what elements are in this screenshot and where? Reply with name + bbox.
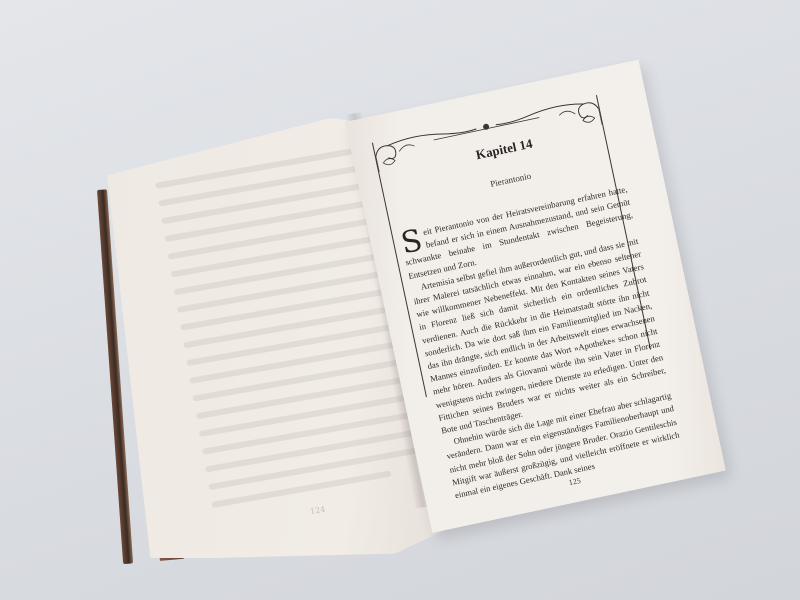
photo-scene: 124 Kapitel 14 Pierantonio Seit Pieranto… bbox=[0, 0, 800, 600]
left-page-number: 124 bbox=[309, 505, 326, 517]
chapter-body: Seit Pierantonio von der Heiratsvereinba… bbox=[399, 183, 684, 502]
drop-cap: S bbox=[399, 229, 424, 257]
